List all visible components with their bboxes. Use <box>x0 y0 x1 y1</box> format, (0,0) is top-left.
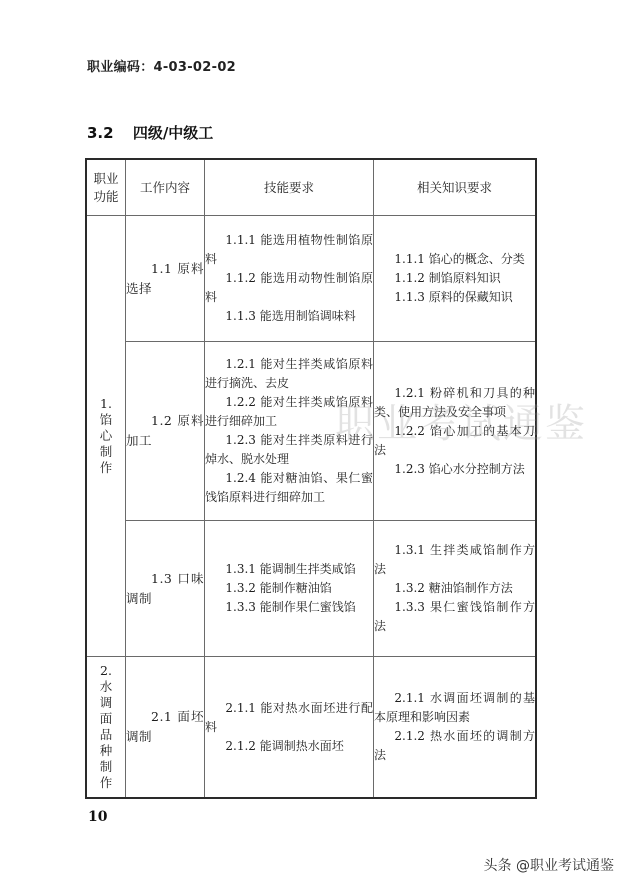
section-number: 3.2 <box>87 124 114 142</box>
knowledge-item: 1.3.3 果仁蜜饯馅制作方法 <box>374 598 535 636</box>
knowledge-item: 1.2.1 粉碎机和刀具的种类、使用方法及安全事项 <box>374 384 535 422</box>
column-header-occupational-function: 职业功能 <box>86 159 126 216</box>
section-heading: 3.2 四级/中级工 <box>87 122 213 143</box>
skill-item: 1.2.4 能对糖油馅、果仁蜜饯馅原料进行细碎加工 <box>205 469 373 507</box>
knowledge-item: 1.1.3 原料的保藏知识 <box>374 288 535 307</box>
knowledge-cell: 1.1.1 馅心的概念、分类 1.1.2 制馅原料知识 1.1.3 原料的保藏知… <box>374 216 537 342</box>
skill-cell: 1.3.1 能调制生拌类咸馅 1.3.2 能制作糖油馅 1.3.3 能制作果仁蜜… <box>205 521 374 657</box>
knowledge-item: 2.1.1 水调面坯调制的基本原理和影响因素 <box>374 689 535 727</box>
function-name: 水调面品种制作 <box>99 679 113 791</box>
work-content-cell: 2.1 面坯调制 <box>126 657 205 799</box>
skill-item: 1.2.2 能对生拌类咸馅原料进行细碎加工 <box>205 393 373 431</box>
function-name: 馅心制作 <box>99 412 113 476</box>
skill-item: 1.3.3 能制作果仁蜜饯馅 <box>205 598 373 617</box>
column-header-work-content: 工作内容 <box>126 159 205 216</box>
skill-item: 1.3.2 能制作糖油馅 <box>205 579 373 598</box>
skill-item: 1.1.1 能选用植物性制馅原料 <box>205 231 373 269</box>
work-content-cell: 1.2 原料加工 <box>126 342 205 521</box>
knowledge-item: 1.3.1 生拌类咸馅制作方法 <box>374 541 535 579</box>
skill-item: 1.2.1 能对生拌类咸馅原料进行摘洗、去皮 <box>205 355 373 393</box>
knowledge-cell: 1.2.1 粉碎机和刀具的种类、使用方法及安全事项 1.2.2 馅心加工的基本刀… <box>374 342 537 521</box>
knowledge-item: 1.1.2 制馅原料知识 <box>374 269 535 288</box>
work-content-cell: 1.3 口味调制 <box>126 521 205 657</box>
table-row: 1.3 口味调制 1.3.1 能调制生拌类咸馅 1.3.2 能制作糖油馅 1.3… <box>86 521 536 657</box>
section-title-text: 四级/中级工 <box>133 124 213 142</box>
page-number: 10 <box>88 809 107 825</box>
knowledge-item: 1.3.2 糖油馅制作方法 <box>374 579 535 598</box>
source-credit: 头条 @职业考试通鉴 <box>484 855 614 875</box>
skill-item: 1.2.3 能对生拌类原料进行焯水、脱水处理 <box>205 431 373 469</box>
function-cell-filling: 1. 馅心制作 <box>86 216 126 657</box>
skill-item: 2.1.1 能对热水面坯进行配料 <box>205 699 373 737</box>
skill-item: 2.1.2 能调制热水面坯 <box>205 737 373 756</box>
skill-item: 1.3.1 能调制生拌类咸馅 <box>205 560 373 579</box>
table-row: 2. 水调面品种制作 2.1 面坯调制 2.1.1 能对热水面坯进行配料 2.1… <box>86 657 536 799</box>
knowledge-item: 1.2.2 馅心加工的基本刀法 <box>374 422 535 460</box>
occupation-code: 职业编码：4-03-02-02 <box>87 56 236 75</box>
table-row: 1. 馅心制作 1.1 原料选择 1.1.1 能选用植物性制馅原料 1.1.2 … <box>86 216 536 342</box>
function-cell-water-dough: 2. 水调面品种制作 <box>86 657 126 799</box>
knowledge-item: 1.1.1 馅心的概念、分类 <box>374 250 535 269</box>
work-content-cell: 1.1 原料选择 <box>126 216 205 342</box>
knowledge-item: 2.1.2 热水面坯的调制方法 <box>374 727 535 765</box>
table-row: 1.2 原料加工 1.2.1 能对生拌类咸馅原料进行摘洗、去皮 1.2.2 能对… <box>86 342 536 521</box>
skill-cell: 2.1.1 能对热水面坯进行配料 2.1.2 能调制热水面坯 <box>205 657 374 799</box>
column-header-skill-requirements: 技能要求 <box>205 159 374 216</box>
skill-item: 1.1.3 能选用制馅调味料 <box>205 307 373 326</box>
skill-cell: 1.2.1 能对生拌类咸馅原料进行摘洗、去皮 1.2.2 能对生拌类咸馅原料进行… <box>205 342 374 521</box>
table-header-row: 职业功能 工作内容 技能要求 相关知识要求 <box>86 159 536 216</box>
knowledge-item: 1.2.3 馅心水分控制方法 <box>374 460 535 479</box>
skill-standards-table: 职业功能 工作内容 技能要求 相关知识要求 1. 馅心制作 1.1 原料选择 1… <box>85 158 537 799</box>
column-header-knowledge-requirements: 相关知识要求 <box>374 159 537 216</box>
skill-item: 1.1.2 能选用动物性制馅原料 <box>205 269 373 307</box>
knowledge-cell: 2.1.1 水调面坯调制的基本原理和影响因素 2.1.2 热水面坯的调制方法 <box>374 657 537 799</box>
skill-cell: 1.1.1 能选用植物性制馅原料 1.1.2 能选用动物性制馅原料 1.1.3 … <box>205 216 374 342</box>
knowledge-cell: 1.3.1 生拌类咸馅制作方法 1.3.2 糖油馅制作方法 1.3.3 果仁蜜饯… <box>374 521 537 657</box>
